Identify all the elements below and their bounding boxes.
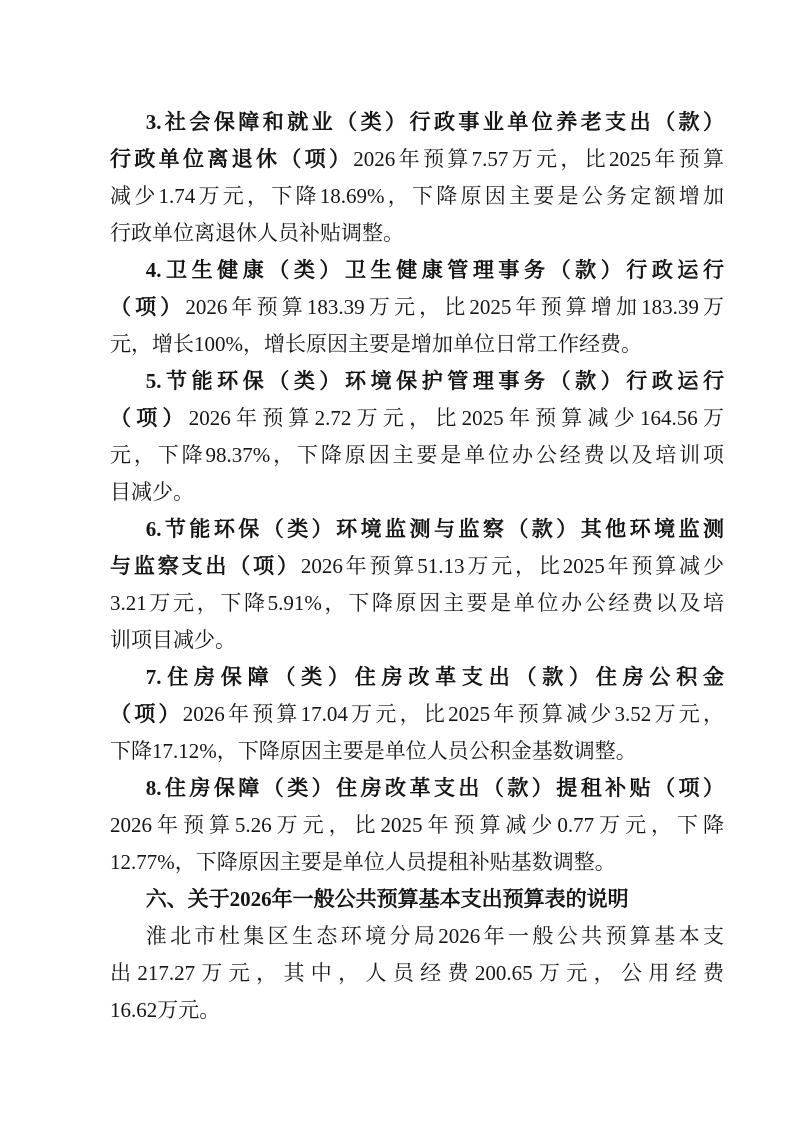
heading-text: （项） — [110, 406, 189, 430]
text-line: 12.77%，下降原因主要是单位人员提租补贴基数调整。 — [110, 844, 724, 881]
text-line: 16.62万元。 — [110, 992, 724, 1029]
text-line: 元，增长100%，增长原因主要是增加单位日常工作经费。 — [110, 326, 724, 363]
text-line: 目减少。 — [110, 474, 724, 511]
heading-section-6-basic-expenditure: 六、关于2026年一般公共预算基本支出预算表的说明 — [110, 881, 724, 918]
body-text: 下降17.12%，下降原因主要是单位人员公积金基数调整。 — [110, 739, 637, 763]
text-line: 8.住房保障（类）住房改革支出（款）提租补贴（项） — [110, 770, 724, 807]
paragraph-basic-expenditure-summary: 淮北市杜集区生态环境分局2026年一般公共预算基本支出217.27万元，其中，人… — [110, 918, 724, 1029]
heading-text: 与监察支出（项） — [110, 554, 301, 578]
paragraph-item-7-housing-fund: 7.住房保障（类）住房改革支出（款）住房公积金（项）2026年预算17.04万元… — [110, 659, 724, 770]
body-text: 2026年预算51.13万元，比2025年预算减少 — [301, 554, 724, 578]
paragraph-item-6-environment-monitoring: 6.节能环保（类）环境监测与监察（款）其他环境监测与监察支出（项）2026年预算… — [110, 511, 724, 659]
heading-text: 行政单位离退休（项） — [110, 147, 353, 171]
heading-text: 4.卫生健康（类）卫生健康管理事务（款）行政运行 — [146, 258, 724, 282]
body-text: 淮北市杜集区生态环境分局2026年一般公共预算基本支 — [146, 924, 724, 948]
text-line: （项）2026年预算183.39万元，比2025年预算增加183.39万 — [110, 289, 724, 326]
body-text: 行政单位离退休人员补贴调整。 — [110, 221, 404, 245]
text-line: 减少1.74万元，下降18.69%，下降原因主要是公务定额增加 — [110, 178, 724, 215]
text-line: 5.节能环保（类）环境保护管理事务（款）行政运行 — [110, 363, 724, 400]
paragraph-item-3-social-security-pension: 3.社会保障和就业（类）行政事业单位养老支出（款）行政单位离退休（项）2026年… — [110, 104, 724, 252]
body-text: 16.62万元。 — [110, 998, 220, 1022]
body-text: 减少1.74万元，下降18.69%，下降原因主要是公务定额增加 — [110, 184, 724, 208]
text-line: 与监察支出（项）2026年预算51.13万元，比2025年预算减少 — [110, 548, 724, 585]
text-line: 训项目减少。 — [110, 622, 724, 659]
text-line: 3.21万元，下降5.91%，下降原因主要是单位办公经费以及培 — [110, 585, 724, 622]
paragraph-item-4-health-admin: 4.卫生健康（类）卫生健康管理事务（款）行政运行（项）2026年预算183.39… — [110, 252, 724, 363]
text-line: 6.节能环保（类）环境监测与监察（款）其他环境监测 — [110, 511, 724, 548]
text-line: 下降17.12%，下降原因主要是单位人员公积金基数调整。 — [110, 733, 724, 770]
heading-text: （项） — [110, 295, 185, 319]
text-line: 淮北市杜集区生态环境分局2026年一般公共预算基本支 — [110, 918, 724, 955]
document-content: 3.社会保障和就业（类）行政事业单位养老支出（款）行政单位离退休（项）2026年… — [110, 104, 724, 1029]
body-text: 2026年预算183.39万元，比2025年预算增加183.39万 — [185, 295, 724, 319]
body-text: 训项目减少。 — [110, 628, 236, 652]
text-line: （项）2026年预算2.72万元，比2025年预算减少164.56万 — [110, 400, 724, 437]
heading-text: 8.住房保障（类）住房改革支出（款）提租补贴（项） — [146, 776, 724, 800]
body-text: 12.77%，下降原因主要是单位人员提租补贴基数调整。 — [110, 850, 616, 874]
body-text: 2026年预算7.57万元，比2025年预算 — [353, 147, 724, 171]
paragraph-item-5-environment-admin: 5.节能环保（类）环境保护管理事务（款）行政运行（项）2026年预算2.72万元… — [110, 363, 724, 511]
body-text: 目减少。 — [110, 480, 194, 504]
body-text: 2026年预算5.26万元，比2025年预算减少0.77万元，下降 — [110, 813, 724, 837]
heading-text: （项） — [110, 702, 183, 726]
body-text: 元，增长100%，增长原因主要是增加单位日常工作经费。 — [110, 332, 642, 356]
text-line: 出217.27万元，其中，人员经费200.65万元，公用经费 — [110, 955, 724, 992]
text-line: 六、关于2026年一般公共预算基本支出预算表的说明 — [110, 881, 724, 918]
body-text: 出217.27万元，其中，人员经费200.65万元，公用经费 — [110, 961, 724, 985]
body-text: 3.21万元，下降5.91%，下降原因主要是单位办公经费以及培 — [110, 591, 724, 615]
body-text: 2026年预算17.04万元，比2025年预算减少3.52万元， — [183, 702, 724, 726]
heading-text: 六、关于2026年一般公共预算基本支出预算表的说明 — [146, 887, 629, 911]
body-text: 元，下降98.37%，下降原因主要是单位办公经费以及培训项 — [110, 443, 724, 467]
text-line: 行政单位离退休（项）2026年预算7.57万元，比2025年预算 — [110, 141, 724, 178]
text-line: 7.住房保障（类）住房改革支出（款）住房公积金 — [110, 659, 724, 696]
text-line: 元，下降98.37%，下降原因主要是单位办公经费以及培训项 — [110, 437, 724, 474]
text-line: 4.卫生健康（类）卫生健康管理事务（款）行政运行 — [110, 252, 724, 289]
document-page: 3.社会保障和就业（类）行政事业单位养老支出（款）行政单位离退休（项）2026年… — [0, 0, 793, 1122]
heading-text: 7.住房保障（类）住房改革支出（款）住房公积金 — [146, 665, 724, 689]
text-line: 行政单位离退休人员补贴调整。 — [110, 215, 724, 252]
text-line: 3.社会保障和就业（类）行政事业单位养老支出（款） — [110, 104, 724, 141]
heading-text: 3.社会保障和就业（类）行政事业单位养老支出（款） — [146, 110, 724, 134]
text-line: 2026年预算5.26万元，比2025年预算减少0.77万元，下降 — [110, 807, 724, 844]
body-text: 2026年预算2.72万元，比2025年预算减少164.56万 — [189, 406, 724, 430]
paragraph-item-8-rent-subsidy: 8.住房保障（类）住房改革支出（款）提租补贴（项）2026年预算5.26万元，比… — [110, 770, 724, 881]
heading-text: 5.节能环保（类）环境保护管理事务（款）行政运行 — [146, 369, 724, 393]
text-line: （项）2026年预算17.04万元，比2025年预算减少3.52万元， — [110, 696, 724, 733]
heading-text: 6.节能环保（类）环境监测与监察（款）其他环境监测 — [146, 517, 724, 541]
